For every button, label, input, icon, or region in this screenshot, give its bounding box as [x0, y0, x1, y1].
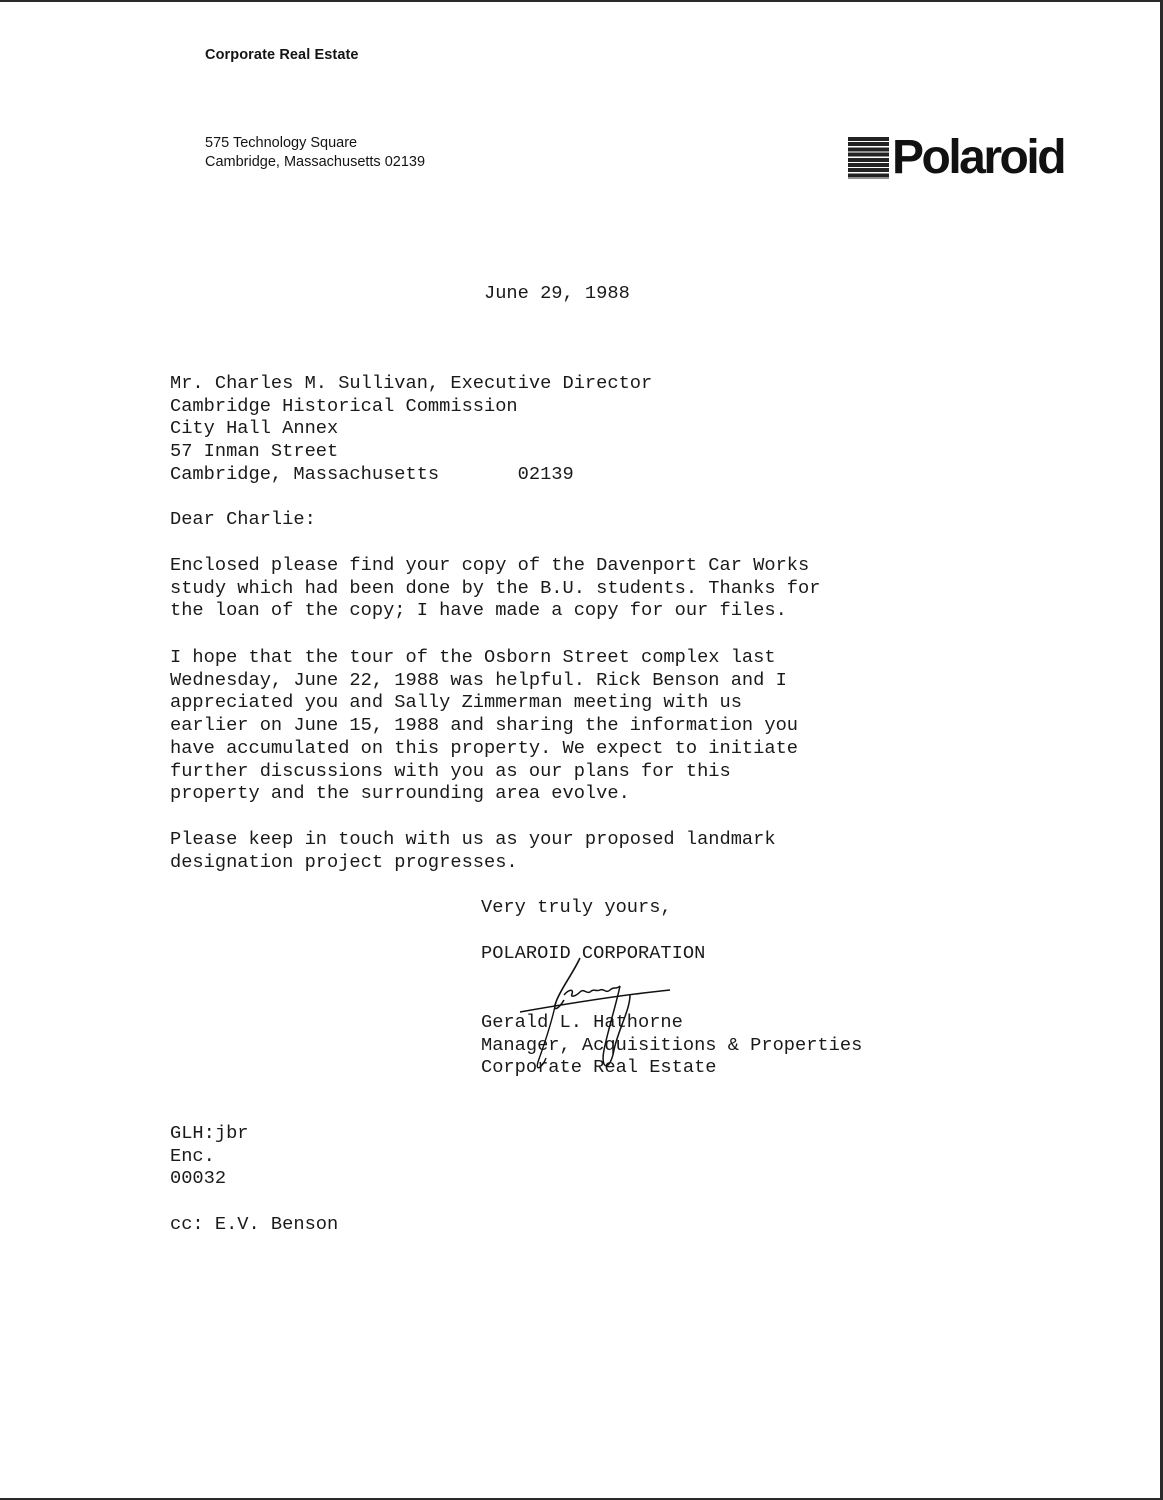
- body-paragraph: I hope that the tour of the Osborn Stree…: [170, 646, 798, 805]
- typist-initials: GLH:jbr: [170, 1122, 249, 1145]
- body-paragraph: Please keep in touch with us as your pro…: [170, 828, 776, 873]
- letterhead-address-line: Cambridge, Massachusetts 02139: [205, 153, 425, 172]
- signing-company: POLAROID CORPORATION: [481, 942, 705, 965]
- signer-department: Corporate Real Estate: [481, 1056, 862, 1079]
- salutation: Dear Charlie:: [170, 508, 316, 531]
- striped-bars-icon: [848, 137, 889, 179]
- recipient-line: Mr. Charles M. Sullivan, Executive Direc…: [170, 372, 652, 395]
- body-paragraph: Enclosed please find your copy of the Da…: [170, 554, 820, 622]
- enclosure-note: Enc.: [170, 1145, 249, 1168]
- letter-date: June 29, 1988: [484, 282, 630, 305]
- polaroid-logo: Polaroid: [848, 136, 1064, 180]
- logo-wordmark: Polaroid: [892, 136, 1064, 180]
- recipient-address: Mr. Charles M. Sullivan, Executive Direc…: [170, 372, 652, 486]
- reference-initials: GLH:jbrEnc.00032: [170, 1122, 249, 1190]
- recipient-line: Cambridge Historical Commission: [170, 395, 652, 418]
- recipient-line: Cambridge, Massachusetts 02139: [170, 463, 652, 486]
- recipient-line: City Hall Annex: [170, 417, 652, 440]
- document-number: 00032: [170, 1167, 249, 1190]
- recipient-line: 57 Inman Street: [170, 440, 652, 463]
- signer-block: Gerald L. HathorneManager, Acquisitions …: [481, 1011, 862, 1079]
- letterhead-department: Corporate Real Estate: [205, 47, 359, 63]
- letterhead-address: 575 Technology Square Cambridge, Massach…: [205, 134, 425, 172]
- carbon-copy: cc: E.V. Benson: [170, 1213, 338, 1236]
- complimentary-close: Very truly yours,: [481, 896, 672, 919]
- signer-title: Manager, Acquisitions & Properties: [481, 1034, 862, 1057]
- letterhead-address-line: 575 Technology Square: [205, 134, 425, 153]
- signer-name: Gerald L. Hathorne: [481, 1011, 862, 1034]
